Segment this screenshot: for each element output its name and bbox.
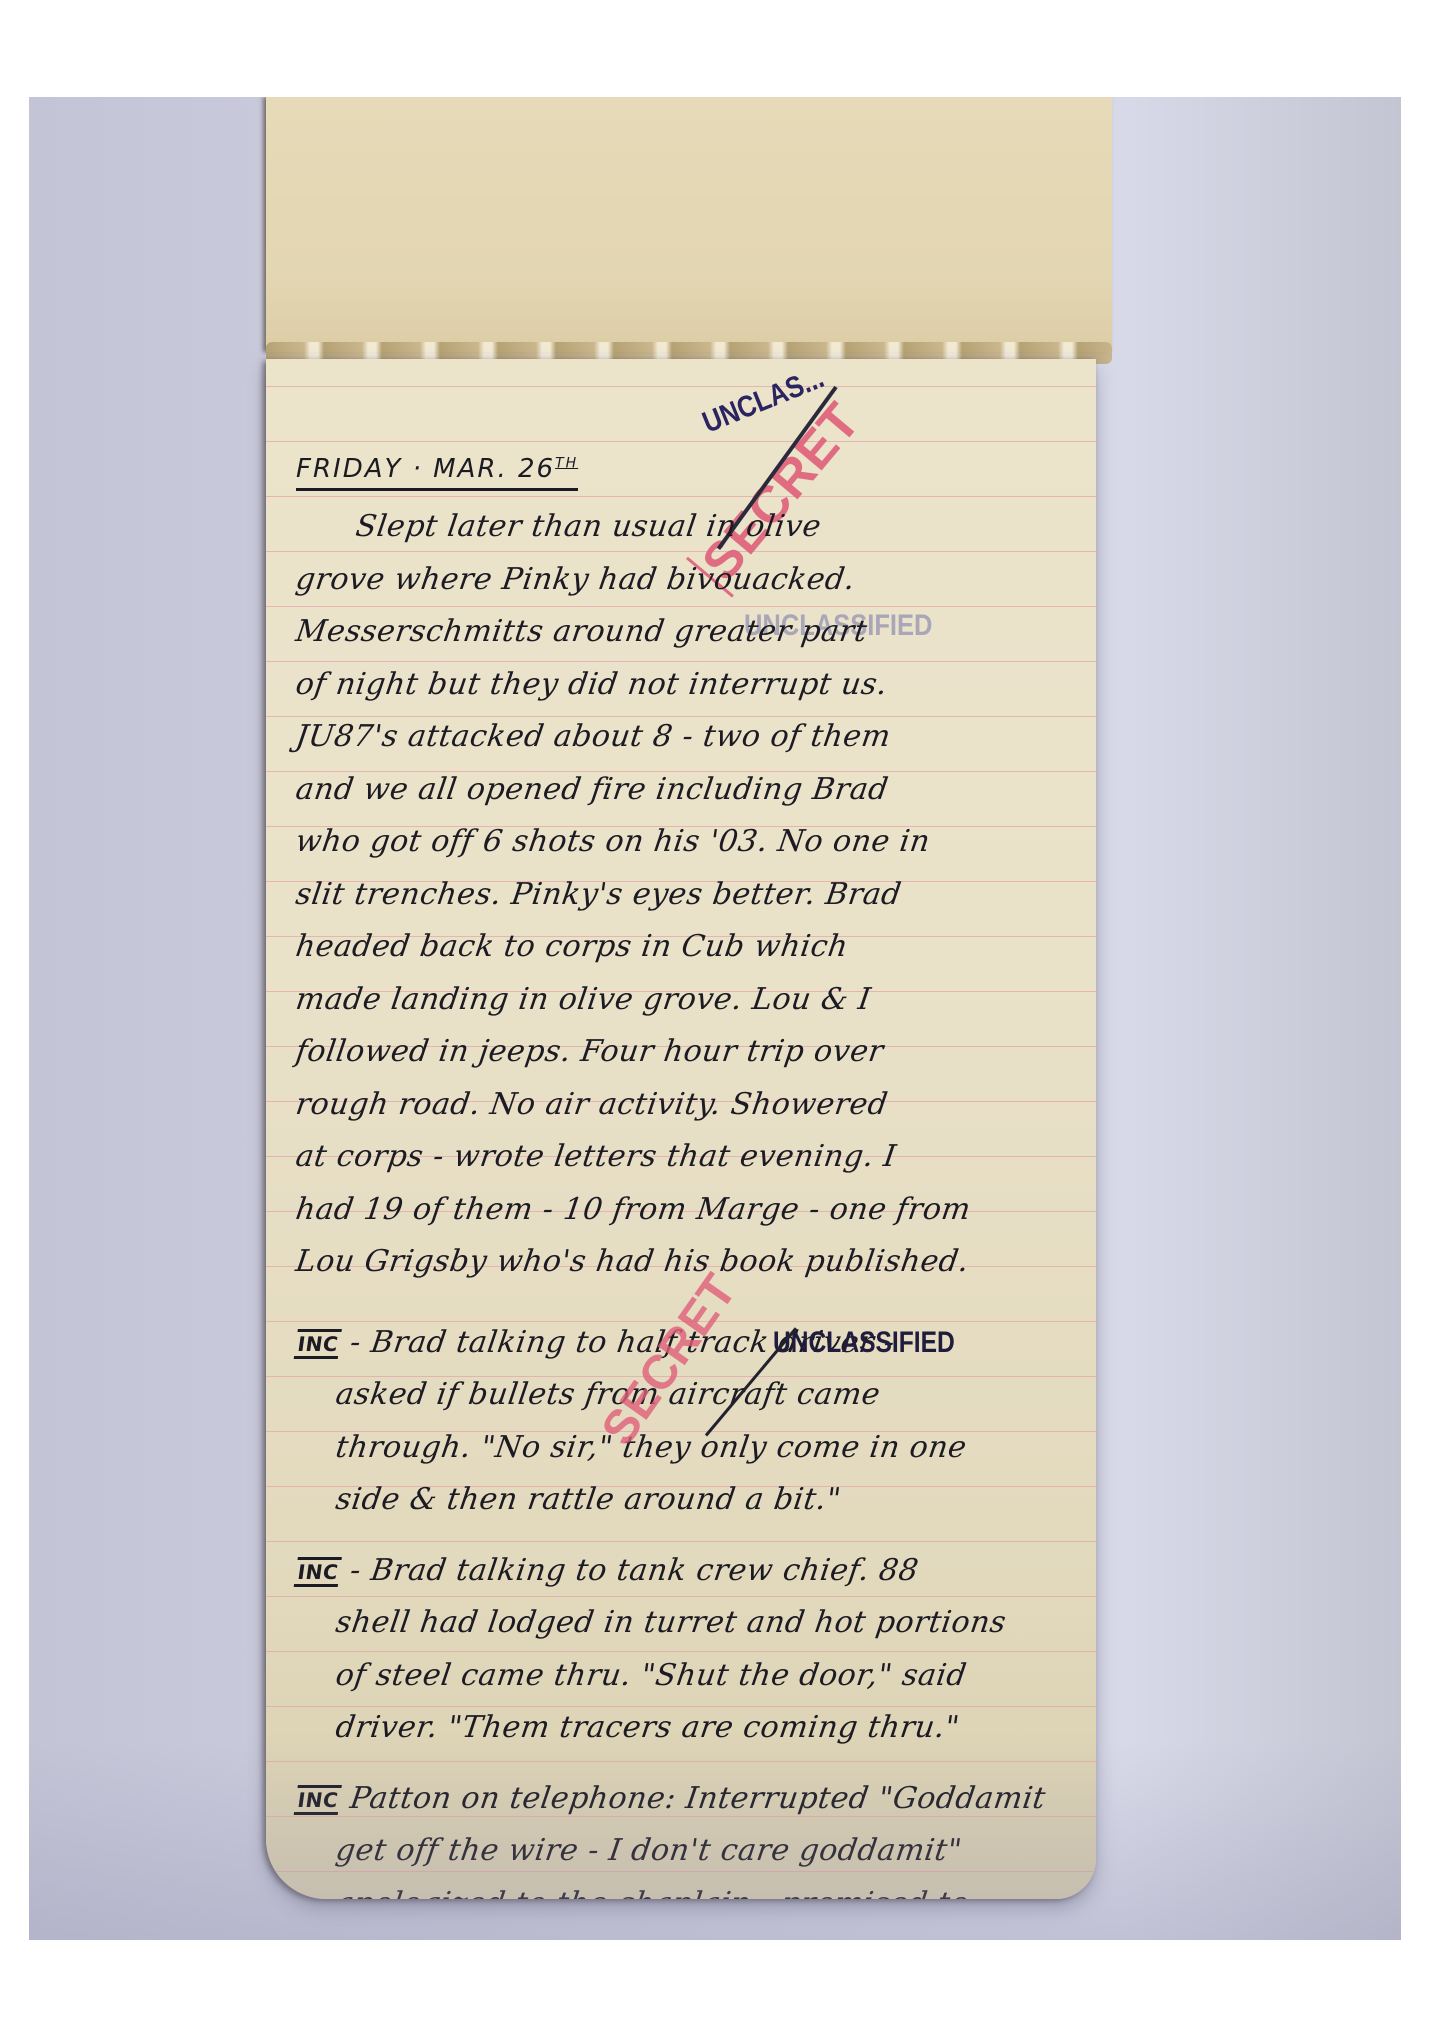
diary-line: side & then rattle around a bit." bbox=[334, 1482, 844, 1517]
page-heading: FRIDAY · MAR. 26TH bbox=[296, 454, 578, 491]
diary-line: JU87's attacked about 8 - two of them bbox=[294, 719, 893, 754]
ruled-line bbox=[266, 1541, 1096, 1542]
diary-line: and we all opened fire including Brad bbox=[294, 772, 891, 807]
diary-line: Lou Grigsby who's had his book published… bbox=[294, 1244, 972, 1279]
diary-line: rough road. No air activity. Showered bbox=[294, 1087, 891, 1122]
diary-line: shell had lodged in turret and hot porti… bbox=[334, 1605, 1009, 1640]
diary-line: followed in jeeps. Four hour trip over bbox=[294, 1034, 886, 1069]
ruled-line bbox=[266, 1816, 1096, 1817]
diary-line: Slept later than usual in olive bbox=[354, 509, 824, 544]
unclassified-stamp-middle: UNCLASSIFIED bbox=[773, 1326, 955, 1360]
ruled-line bbox=[266, 1761, 1096, 1762]
diary-line: driver. "Them tracers are coming thru." bbox=[334, 1710, 962, 1745]
ruled-line bbox=[266, 386, 1096, 387]
diary-line: grove where Pinky had bivouacked. bbox=[294, 562, 858, 597]
ruled-line bbox=[266, 1596, 1096, 1597]
diary-line: through. "No sir," they only come in one bbox=[334, 1430, 969, 1465]
ruled-line bbox=[266, 1706, 1096, 1707]
ruled-line bbox=[266, 661, 1096, 662]
ruled-line bbox=[266, 496, 1096, 497]
notebook-photograph: FRIDAY · MAR. 26TH UNCLAS... SECRET UNCL… bbox=[29, 97, 1401, 1940]
diary-line: had 19 of them - 10 from Marge - one fro… bbox=[294, 1192, 974, 1227]
inc-entry-line: INC- Brad talking to tank crew chief. 88 bbox=[294, 1553, 921, 1588]
diary-line: Messerschmitts around greater part bbox=[294, 614, 870, 649]
diary-line: headed back to corps in Cub which bbox=[294, 929, 851, 964]
notebook-flap bbox=[266, 97, 1112, 352]
ruled-line bbox=[266, 1651, 1096, 1652]
inc-label: INC bbox=[294, 1557, 343, 1587]
diary-line: apologized to the chaplain - promised to bbox=[334, 1886, 972, 1900]
ruled-line bbox=[266, 551, 1096, 552]
diary-line: of night but they did not interrupt us. bbox=[294, 667, 890, 702]
inc-label: INC bbox=[294, 1785, 343, 1815]
diary-line: slit trenches. Pinky's eyes better. Brad bbox=[294, 877, 904, 912]
secret-stamp-middle: SECRET bbox=[591, 1265, 748, 1456]
diary-line: at corps - wrote letters that evening. I bbox=[294, 1139, 899, 1174]
diary-line: of steel came thru. "Shut the door," sai… bbox=[334, 1658, 969, 1693]
inc-entry-line: INCPatton on telephone: Interrupted "God… bbox=[294, 1781, 1048, 1816]
ruled-line bbox=[266, 716, 1096, 717]
inc-label: INC bbox=[294, 1329, 343, 1359]
ruled-line bbox=[266, 441, 1096, 442]
diary-line: who got off 6 shots on his '03. No one i… bbox=[294, 824, 933, 859]
ruled-line bbox=[266, 606, 1096, 607]
diary-line: made landing in olive grove. Lou & I bbox=[294, 982, 874, 1017]
notebook-page: FRIDAY · MAR. 26TH UNCLAS... SECRET UNCL… bbox=[266, 359, 1096, 1899]
ruled-line bbox=[266, 1871, 1096, 1872]
diary-line: get off the wire - I don't care goddamit… bbox=[334, 1833, 965, 1868]
